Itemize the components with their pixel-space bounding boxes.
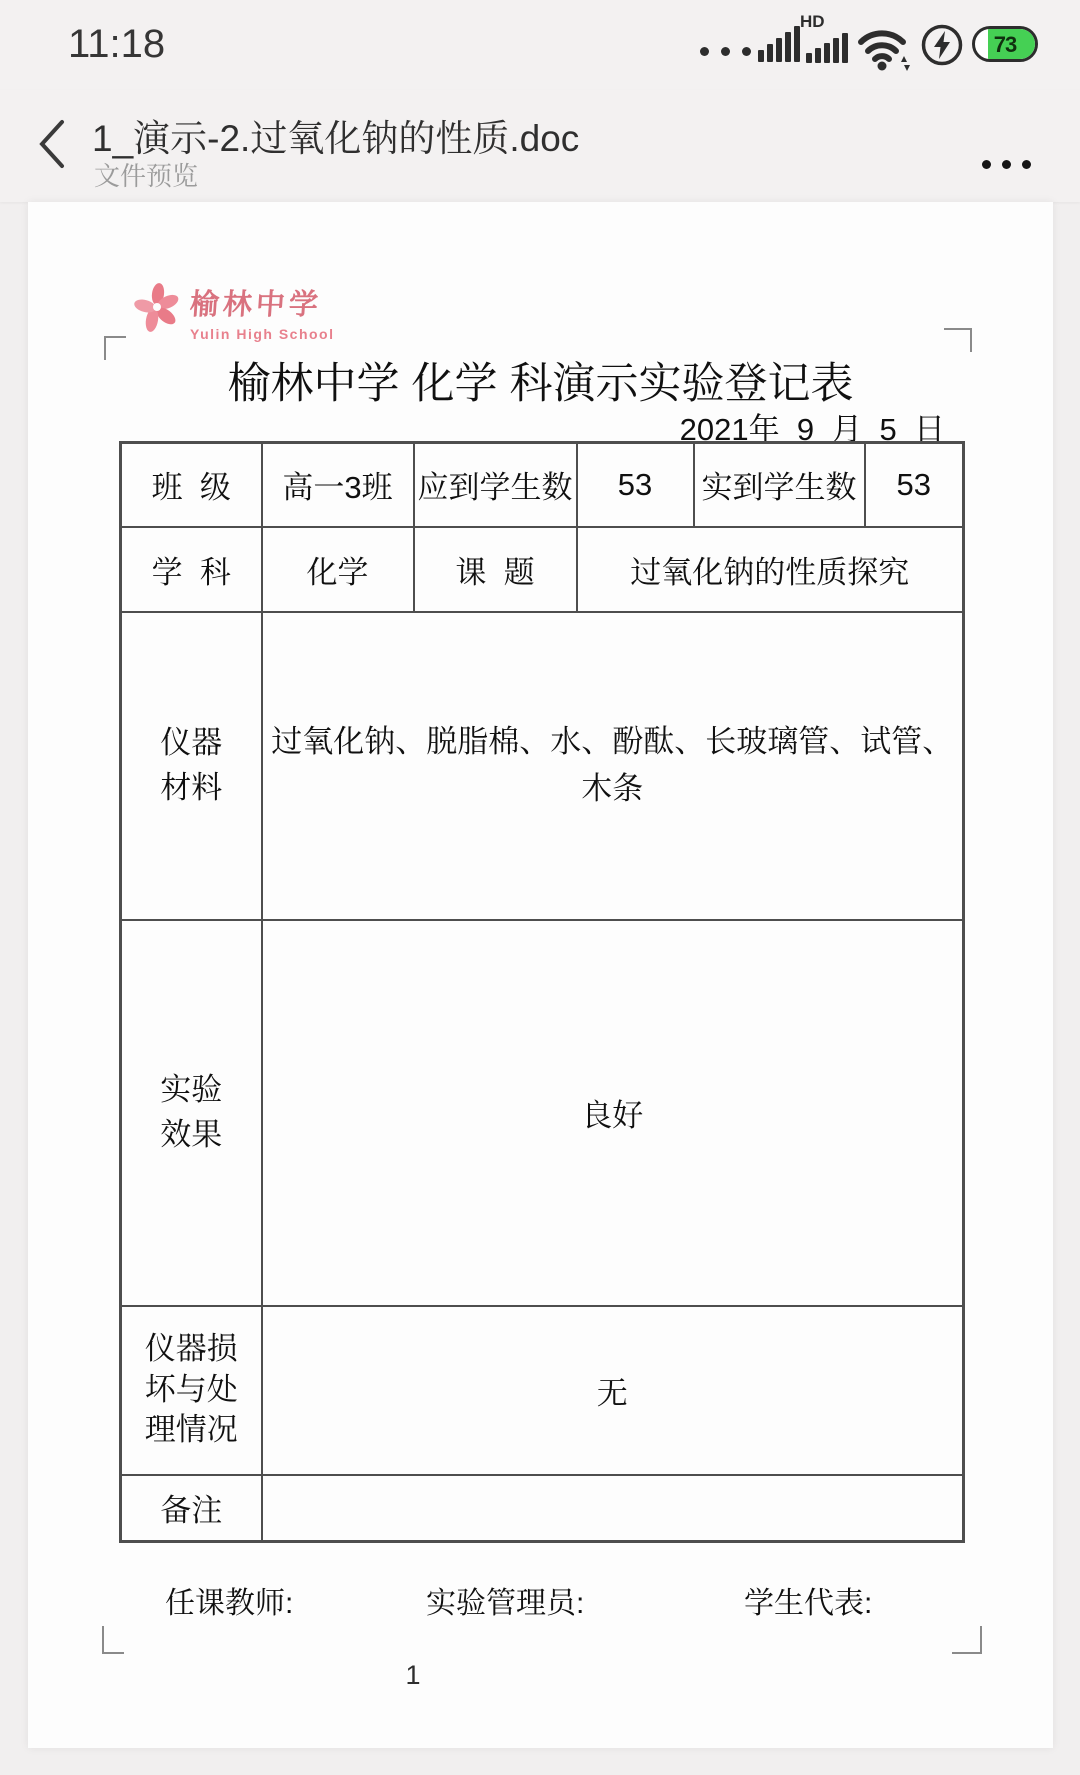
wifi-icon	[856, 26, 914, 77]
expected-students-value: 53	[577, 443, 694, 527]
table-row: 仪器材料 过氧化钠、脱脂棉、水、酚酞、长玻璃管、试管、木条	[121, 612, 964, 920]
charging-icon	[920, 23, 964, 72]
clock: 11:18	[68, 22, 165, 67]
header: 1_演示-2.过氧化钠的性质.doc 文件预览	[0, 90, 1080, 202]
registration-table: 班 级 高一3班 应到学生数 53 实到学生数 53 学 科 化学 课 题 过氧…	[119, 441, 965, 1543]
class-label: 班 级	[121, 443, 262, 527]
topic-label: 课 题	[414, 527, 577, 612]
page-number: 1	[383, 1660, 443, 1691]
signal-dots-icon	[700, 47, 751, 56]
result-label: 实验效果	[121, 920, 262, 1306]
logo-text-en: Yulin High School	[190, 326, 335, 342]
battery-percent: 73	[975, 32, 1035, 58]
table-row: 实验效果 良好	[121, 920, 964, 1306]
logo-text-cn: 榆林中学	[189, 282, 336, 323]
materials-label: 仪器材料	[121, 612, 262, 920]
margin-mark-top-right	[944, 328, 972, 352]
margin-mark-bottom-right	[952, 1626, 982, 1654]
actual-students-label: 实到学生数	[694, 443, 865, 527]
lab-manager-signature-label: 实验管理员:	[426, 1578, 584, 1622]
form-title: 榆林中学 化学 科演示实验登记表	[28, 350, 1053, 411]
cell-signal-icon	[758, 26, 800, 62]
margin-mark-bottom-left	[102, 1626, 124, 1654]
back-button[interactable]	[30, 114, 74, 174]
status-bar: 11:18 HD 73	[0, 0, 1080, 90]
table-row: 仪器损坏与处理情况 无	[121, 1306, 964, 1475]
table-row: 备注	[121, 1475, 964, 1542]
topic-value: 过氧化钠的性质探究	[577, 527, 964, 612]
subject-label: 学 科	[121, 527, 262, 612]
result-value: 良好	[262, 920, 964, 1306]
student-rep-signature-label: 学生代表:	[744, 1578, 872, 1622]
remarks-label: 备注	[121, 1475, 262, 1542]
hd-badge: HD	[800, 12, 825, 32]
class-value: 高一3班	[262, 443, 414, 527]
expected-students-label: 应到学生数	[414, 443, 577, 527]
damage-label: 仪器损坏与处理情况	[121, 1306, 262, 1475]
cell-signal2-icon	[806, 33, 848, 63]
damage-value: 无	[262, 1306, 964, 1475]
teacher-signature-label: 任课教师:	[165, 1578, 293, 1622]
remarks-value	[262, 1475, 964, 1542]
actual-students-value: 53	[865, 443, 964, 527]
more-menu-button[interactable]	[976, 154, 1037, 175]
school-logo: 榆林中学 Yulin High School	[134, 282, 335, 342]
table-row: 班 级 高一3班 应到学生数 53 实到学生数 53	[121, 443, 964, 527]
table-row: 学 科 化学 课 题 过氧化钠的性质探究	[121, 527, 964, 612]
subject-value: 化学	[262, 527, 414, 612]
logo-flower-icon	[134, 282, 182, 342]
file-subtitle: 文件预览	[94, 156, 198, 193]
battery-icon: 73	[972, 26, 1038, 62]
document-preview[interactable]: 榆林中学 Yulin High School 榆林中学 化学 科演示实验登记表 …	[28, 202, 1053, 1748]
materials-value: 过氧化钠、脱脂棉、水、酚酞、长玻璃管、试管、木条	[262, 612, 964, 920]
file-title: 1_演示-2.过氧化钠的性质.doc	[92, 108, 932, 162]
